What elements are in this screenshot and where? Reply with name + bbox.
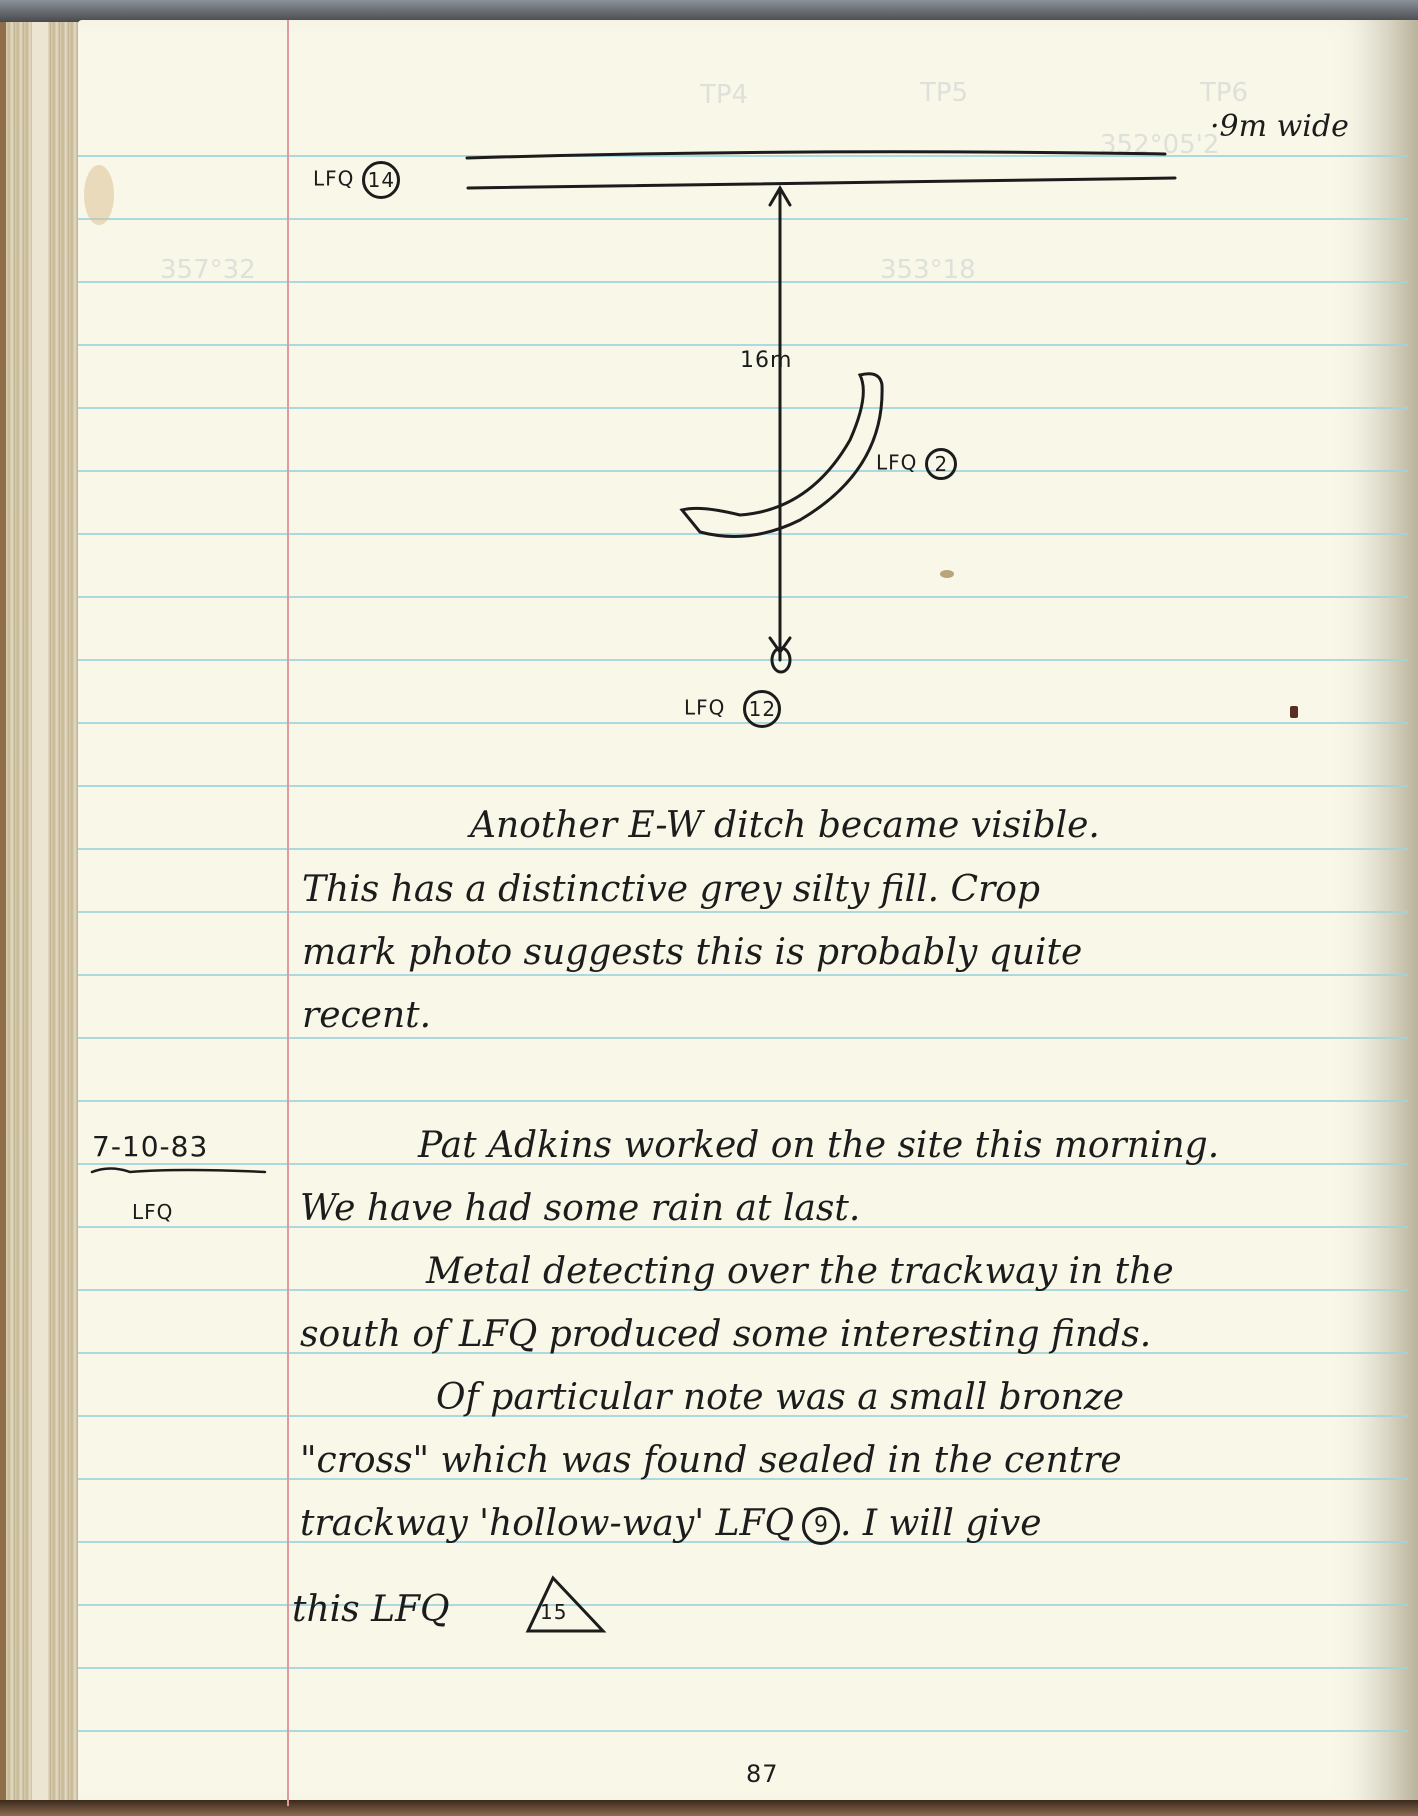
bleed-through-text: TP5 xyxy=(920,78,968,108)
entry2-line: this LFQ xyxy=(292,1592,449,1628)
entry2-line: We have had some rain at last. xyxy=(300,1191,860,1227)
entry1-line: recent. xyxy=(302,998,431,1034)
paper-stain xyxy=(84,165,114,225)
ruled-line xyxy=(78,218,1408,220)
curve-label: LFQ2 xyxy=(876,448,957,480)
entry2-line: "cross" which was found sealed in the ce… xyxy=(300,1443,1122,1479)
distance-label: 16m xyxy=(740,348,792,373)
entry-date: 7-10-83 xyxy=(92,1130,208,1163)
point-number-badge: 12 xyxy=(743,690,781,728)
ruled-line xyxy=(78,1730,1408,1732)
entry2-line: Of particular note was a small bronze xyxy=(436,1380,1124,1416)
ruled-line xyxy=(78,344,1408,346)
entry2-line: south of LFQ produced some interesting f… xyxy=(300,1317,1151,1353)
ruled-line xyxy=(78,470,1408,472)
ruled-line xyxy=(78,785,1408,787)
bleed-through-text: TP4 xyxy=(700,80,748,110)
paper-stain xyxy=(940,570,954,578)
entry1-line: Another E-W ditch became visible. xyxy=(470,808,1100,844)
margin-line xyxy=(287,20,289,1806)
ruled-line xyxy=(78,281,1408,283)
ruled-line xyxy=(78,1037,1408,1039)
page-number: 87 xyxy=(746,1760,779,1788)
ruled-line xyxy=(78,1604,1408,1606)
paper-stain xyxy=(1290,706,1298,718)
ruled-line xyxy=(78,155,1408,157)
ruled-line xyxy=(78,533,1408,535)
ditch-width-note: ·9m wide xyxy=(1210,112,1349,142)
ruled-line xyxy=(78,848,1408,850)
entry-site-code: LFQ xyxy=(132,1200,173,1224)
ruled-line xyxy=(78,659,1408,661)
page-gutter-shade xyxy=(1390,20,1418,1806)
ruled-line xyxy=(78,1100,1408,1102)
point-label: LFQ12 xyxy=(684,690,781,728)
find-number: 15 xyxy=(540,1600,567,1624)
ruled-line xyxy=(78,911,1408,913)
ruled-line xyxy=(78,1667,1408,1669)
bleed-through-text: TP6 xyxy=(1200,78,1248,108)
notebook-page-edges xyxy=(0,22,88,1807)
ditch-label: LFQ14 xyxy=(313,161,400,199)
notebook-bottom-edge xyxy=(0,1800,1418,1816)
entry2-line: Pat Adkins worked on the site this morni… xyxy=(418,1128,1219,1164)
ruled-line xyxy=(78,974,1408,976)
entry2-line: Metal detecting over the trackway in the xyxy=(426,1254,1174,1290)
ditch-number-badge: 14 xyxy=(362,161,400,199)
entry1-line: mark photo suggests this is probably qui… xyxy=(302,935,1082,971)
curve-number-badge: 2 xyxy=(925,448,957,480)
entry1-line: This has a distinctive grey silty fill. … xyxy=(302,872,1040,908)
entry2-line: trackway 'hollow-way' LFQ9. I will give xyxy=(300,1506,1042,1545)
hollow-way-ref-badge: 9 xyxy=(802,1507,840,1545)
ruled-line xyxy=(78,407,1408,409)
ruled-line xyxy=(78,596,1408,598)
